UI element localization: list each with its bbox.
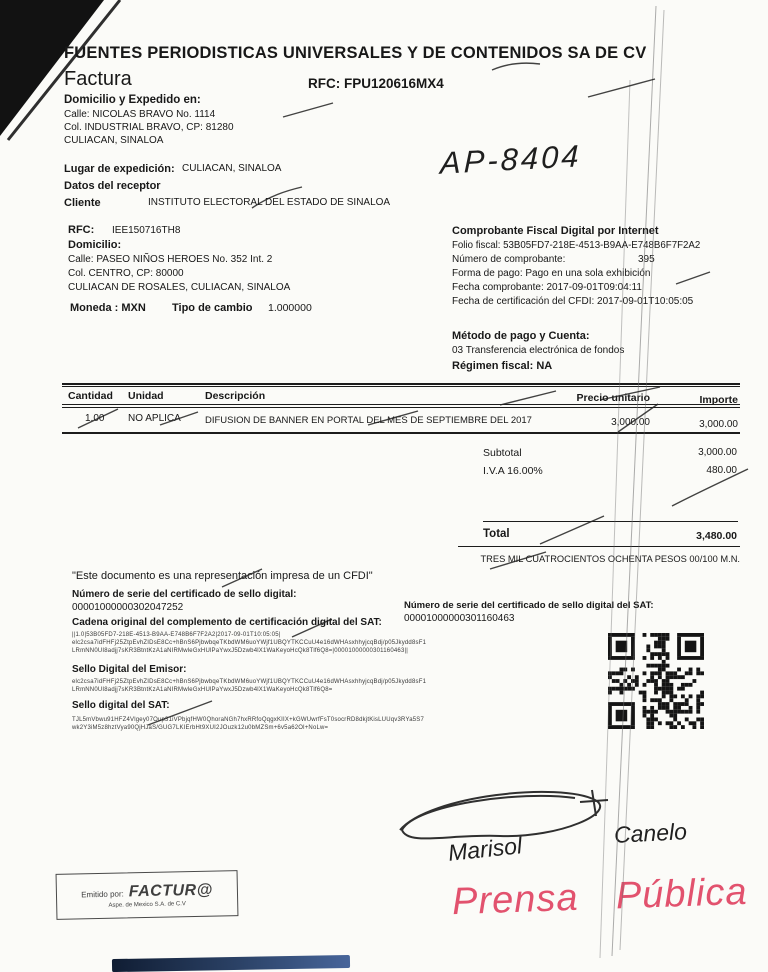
cadena-line-1: ||1.0|53B05FD7-218E-4513-B9AA-E748B6F7F2… bbox=[72, 631, 532, 639]
total-rule-top bbox=[483, 521, 738, 522]
cfdi-title: Comprobante Fiscal Digital por Internet bbox=[452, 225, 659, 237]
subtotal-label: Subtotal bbox=[483, 447, 522, 459]
cadena-line-3: LRmNN0UI8adjj7sKR3BtntKzA1aNIRMwleGxHUlP… bbox=[72, 647, 532, 655]
sello-sat-line-1: TJL5mVbwu91HFZ4Vlgey07Oup31iVPbjqfHW0Qho… bbox=[72, 716, 532, 724]
receptor-rfc-label: RFC: bbox=[68, 224, 94, 236]
row-descripcion: DIFUSION DE BANNER EN PORTAL DEL MES DE … bbox=[205, 415, 532, 426]
cadena-line-2: elc2csa7idFHFj25ZtpEvhZIDsE8Cc+hBnS6Pjbw… bbox=[72, 639, 532, 647]
signature-name-1: Marisol bbox=[447, 832, 524, 867]
total-value: 3,480.00 bbox=[640, 530, 737, 542]
stamp-brand: FACTUR@ bbox=[129, 881, 213, 901]
issuer-colonia: Col. INDUSTRIAL BRAVO, CP: 81280 bbox=[64, 122, 234, 133]
col-header-unidad: Unidad bbox=[128, 390, 164, 402]
factura-provider-stamp: Emitido por: FACTUR@ Aspe. de Mexico S.A… bbox=[56, 870, 239, 920]
regimen-fiscal: Régimen fiscal: NA bbox=[452, 360, 552, 372]
total-label: Total bbox=[483, 528, 510, 540]
receptor-city: CULIACAN DE ROSALES, CULIACAN, SINALOA bbox=[68, 282, 290, 293]
receptor-rfc-value: IEE150716TH8 bbox=[112, 225, 180, 236]
document-type: Factura bbox=[64, 68, 132, 91]
stamp-subtext: Aspe. de Mexico S.A. de C.V bbox=[108, 901, 185, 909]
metodo-pago-title: Método de pago y Cuenta: bbox=[452, 330, 590, 342]
signature-name-2: Canelo bbox=[613, 818, 687, 849]
receptor-colonia: Col. CENTRO, CP: 80000 bbox=[68, 268, 184, 279]
issuer-city: CULIACAN, SINALOA bbox=[64, 135, 163, 146]
metodo-pago-value: 03 Transferencia electrónica de fondos bbox=[452, 345, 624, 356]
iva-value: 480.00 bbox=[640, 465, 737, 476]
cliente-label: Cliente bbox=[64, 197, 101, 209]
amount-in-words: TRES MIL CUATROCIENTOS OCHENTA PESOS 00/… bbox=[440, 554, 740, 564]
sello-sat-label: Sello digital del SAT: bbox=[72, 700, 170, 711]
cfdi-quote: "Este documento es una representación im… bbox=[72, 570, 373, 582]
lugar-expedicion-label: Lugar de expedición: bbox=[64, 163, 175, 175]
serie-sat-label: Número de serie del certificado de sello… bbox=[404, 600, 749, 611]
cfdi-fecha-comprobante: Fecha comprobante: 2017-09-01T09:04:11 bbox=[452, 282, 642, 293]
total-rule-bottom bbox=[458, 546, 740, 547]
col-header-descripcion: Descripción bbox=[205, 390, 265, 402]
moneda-label: Moneda : MXN bbox=[70, 302, 146, 314]
iva-label: I.V.A 16.00% bbox=[483, 465, 543, 477]
row-importe: 3,000.00 bbox=[660, 419, 738, 430]
serie-sat-value: 00001000000301160463 bbox=[404, 613, 515, 624]
sello-emisor-line-1: elc2csa7idFHFj25ZtpEvhZIDsE8Cc+hBnS6Pjbw… bbox=[72, 678, 532, 686]
issuer-rfc: RFC: FPU120616MX4 bbox=[308, 76, 444, 91]
qr-code bbox=[608, 633, 704, 729]
cadena-original-label: Cadena original del complemento de certi… bbox=[72, 617, 382, 628]
row-cantidad: 1.00 bbox=[85, 413, 104, 424]
receptor-street: Calle: PASEO NIÑOS HEROES No. 352 Int. 2 bbox=[68, 254, 272, 265]
tipo-cambio-label: Tipo de cambio bbox=[172, 302, 252, 314]
issuer-street: Calle: NICOLAS BRAVO No. 1114 bbox=[64, 109, 215, 120]
serie-sello-label: Número de serie del certificado de sello… bbox=[72, 589, 297, 600]
company-name: FUENTES PERIODISTICAS UNIVERSALES Y DE C… bbox=[64, 44, 754, 63]
table-rule-top bbox=[62, 383, 740, 385]
col-header-cantidad: Cantidad bbox=[68, 390, 113, 402]
cfdi-numero-value: 395 bbox=[638, 254, 655, 265]
cfdi-forma-pago: Forma de pago: Pago en una sola exhibici… bbox=[452, 268, 650, 279]
datos-receptor-title: Datos del receptor bbox=[64, 180, 161, 192]
sello-sat-line-2: wk2Y3iM5z8hztVya90QjHJaS/GUG7LKIErbHt9XU… bbox=[72, 724, 532, 732]
receptor-address-title: Domicilio: bbox=[68, 239, 121, 251]
subtotal-value: 3,000.00 bbox=[640, 447, 737, 458]
tipo-cambio-value: 1.000000 bbox=[268, 302, 312, 314]
serie-sello-value: 00001000000302047252 bbox=[72, 602, 183, 613]
red-handwritten-note: Prensa Pública bbox=[451, 871, 748, 924]
issuer-address-title: Domicilio y Expedido en: bbox=[64, 94, 201, 106]
signature-scribble bbox=[400, 790, 608, 838]
col-header-precio: Precio unitario bbox=[540, 392, 650, 404]
row-unidad: NO APLICA bbox=[128, 413, 181, 424]
table-rule-header bbox=[62, 404, 740, 405]
stamp-emitted-by-label: Emitido por: bbox=[81, 889, 124, 899]
handwritten-code: AP-8404 bbox=[440, 138, 582, 181]
cfdi-folio: Folio fiscal: 53B05FD7-218E-4513-B9AA-E7… bbox=[452, 240, 700, 251]
table-rule-bottom bbox=[62, 432, 740, 434]
sello-emisor-label: Sello Digital del Emisor: bbox=[72, 664, 186, 675]
cfdi-fecha-certificacion: Fecha de certificación del CFDI: 2017-09… bbox=[452, 296, 693, 307]
sello-emisor-line-2: LRmNN0UI8adjj7sKR3BtntKzA1aNIRMwleGxHUlP… bbox=[72, 686, 532, 694]
cfdi-numero-label: Número de comprobante: bbox=[452, 254, 565, 265]
lugar-expedicion-value: CULIACAN, SINALOA bbox=[182, 163, 281, 174]
table-rule-top2 bbox=[62, 386, 740, 387]
bottom-scan-bar bbox=[112, 955, 350, 972]
invoice-page: FUENTES PERIODISTICAS UNIVERSALES Y DE C… bbox=[0, 0, 768, 972]
cliente-value: INSTITUTO ELECTORAL DEL ESTADO DE SINALO… bbox=[148, 197, 390, 208]
row-precio-unitario: 3,000.00 bbox=[540, 417, 650, 428]
table-rule-header2 bbox=[62, 407, 740, 408]
